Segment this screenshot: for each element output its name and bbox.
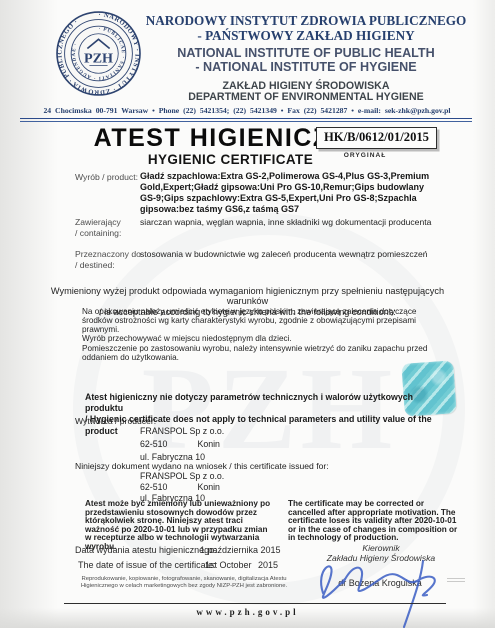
containing-value: siarczan wapnia, węglan wapnia, inne skł… (140, 217, 450, 228)
producer-address: FRANSPOL Sp z o.o. 62-510 Konin ul. Fabr… (140, 426, 224, 462)
institute-name-pl: NARODOWY INSTYTUT ZDROWIA PUBLICZNEGO - … (138, 14, 474, 43)
institute-name-en: NATIONAL INSTITUTE OF PUBLIC HEALTH - NA… (138, 47, 474, 75)
issue-date-label-en: The date of issue of the certificate: (78, 560, 216, 570)
certificate-document: PZH · NARODOWY · INSTYTUT · ZDROWIA · PU… (0, 0, 495, 628)
conditions-intro-pl: Wymieniony wyżej produkt odpowiada wymag… (40, 286, 455, 307)
validity-note-pl: Atest może być zmieniony lub unieważnion… (85, 500, 273, 551)
certificate-title-en: HYGIENIC CERTIFICATE (58, 152, 403, 167)
condition-item: Na opakowaniu należy umieścić etykietę w… (82, 308, 444, 335)
website-url: www.pzh.gov.pl (0, 607, 495, 617)
institute-pl-line1: NARODOWY INSTYTUT ZDROWIA PUBLICZNEGO (138, 14, 474, 29)
department-name: ZAKŁAD HIGIENY ŚRODOWISKA DEPARTMENT OF … (138, 81, 474, 105)
certificate-number: HK/B/0612/01/2015 (316, 127, 437, 149)
issue-date-value-pl: 1 października 2015 (200, 545, 281, 555)
condition-item: Pomieszczenie po zastosowaniu wyrobu, na… (82, 345, 444, 363)
header-block: NARODOWY INSTYTUT ZDROWIA PUBLICZNEGO - … (138, 14, 474, 104)
producer-name: FRANSPOL Sp z o.o. (140, 426, 224, 436)
destined-label-en: / destined: (75, 260, 141, 271)
product-label: Wyrób / product: (75, 172, 138, 183)
destined-label-pl: Przeznaczony do (75, 249, 141, 260)
product-value: Gładź szpachlowa:Extra GS-2,Polimerowa G… (140, 171, 433, 215)
producer-postal-code: 62-510 (140, 439, 195, 449)
institute-en-line1: NATIONAL INSTITUTE OF PUBLIC HEALTH (138, 47, 474, 61)
producer-postal-city: 62-510 Konin (140, 439, 224, 449)
issue-date-label-pl: Data wydania atestu higienicznego: (75, 545, 217, 555)
issued-for-label: Niniejszy dokument wydano na wniosek / t… (75, 461, 329, 472)
producer-label: Wytwórca / producer: (75, 416, 156, 427)
containing-label: Zawierający / containing: (75, 217, 121, 238)
conditions-list: Na opakowaniu należy umieścić etykietę w… (82, 308, 444, 363)
contact-line: 24 Chocimska 00-791 Warsaw • Phone (22) … (18, 106, 476, 115)
issue-date-value-en-day: 1st October (205, 560, 252, 570)
pzh-seal-logo-icon: · NARODOWY · INSTYTUT · ZDROWIA · PUBLIC… (56, 11, 141, 96)
header-divider (20, 118, 472, 122)
issue-date-value-en-year: 2015 (258, 560, 278, 570)
issued-for-postal-city: 62-510 Konin (140, 482, 224, 492)
destined-label: Przeznaczony do / destined: (75, 249, 141, 270)
containing-label-pl: Zawierający (75, 217, 121, 228)
condition-item: Wyrób przechowywać w miejscu niedostępny… (82, 335, 444, 344)
destined-value: stosowania w budownictwie wg zaleceń pro… (140, 249, 450, 260)
issued-for-postal-code: 62-510 (140, 482, 195, 492)
issued-for-name: FRANSPOL Sp z o.o. (140, 471, 224, 481)
institute-pl-line2: - PAŃSTWOWY ZAKŁAD HIGIENY (138, 29, 474, 44)
institute-en-line2: - NATIONAL INSTITUTE OF HYGIENE (138, 61, 474, 75)
containing-label-en: / containing: (75, 228, 121, 239)
seal-center-text: PZH (84, 51, 113, 67)
issued-for-city: Konin (197, 482, 220, 492)
scope-note-pl: Atest higieniczny nie dotyczy parametrów… (85, 392, 447, 414)
validity-note-en: The certificate may be corrected or canc… (288, 500, 458, 543)
footer-divider (64, 603, 446, 604)
reproduction-note: Reprodukowanie, kopiowanie, fotografowan… (66, 576, 302, 590)
department-en: DEPARTMENT OF ENVIRONMENTAL HYGIENE (138, 92, 474, 104)
producer-city: Konin (197, 439, 220, 449)
fine-print-mark (447, 578, 465, 584)
